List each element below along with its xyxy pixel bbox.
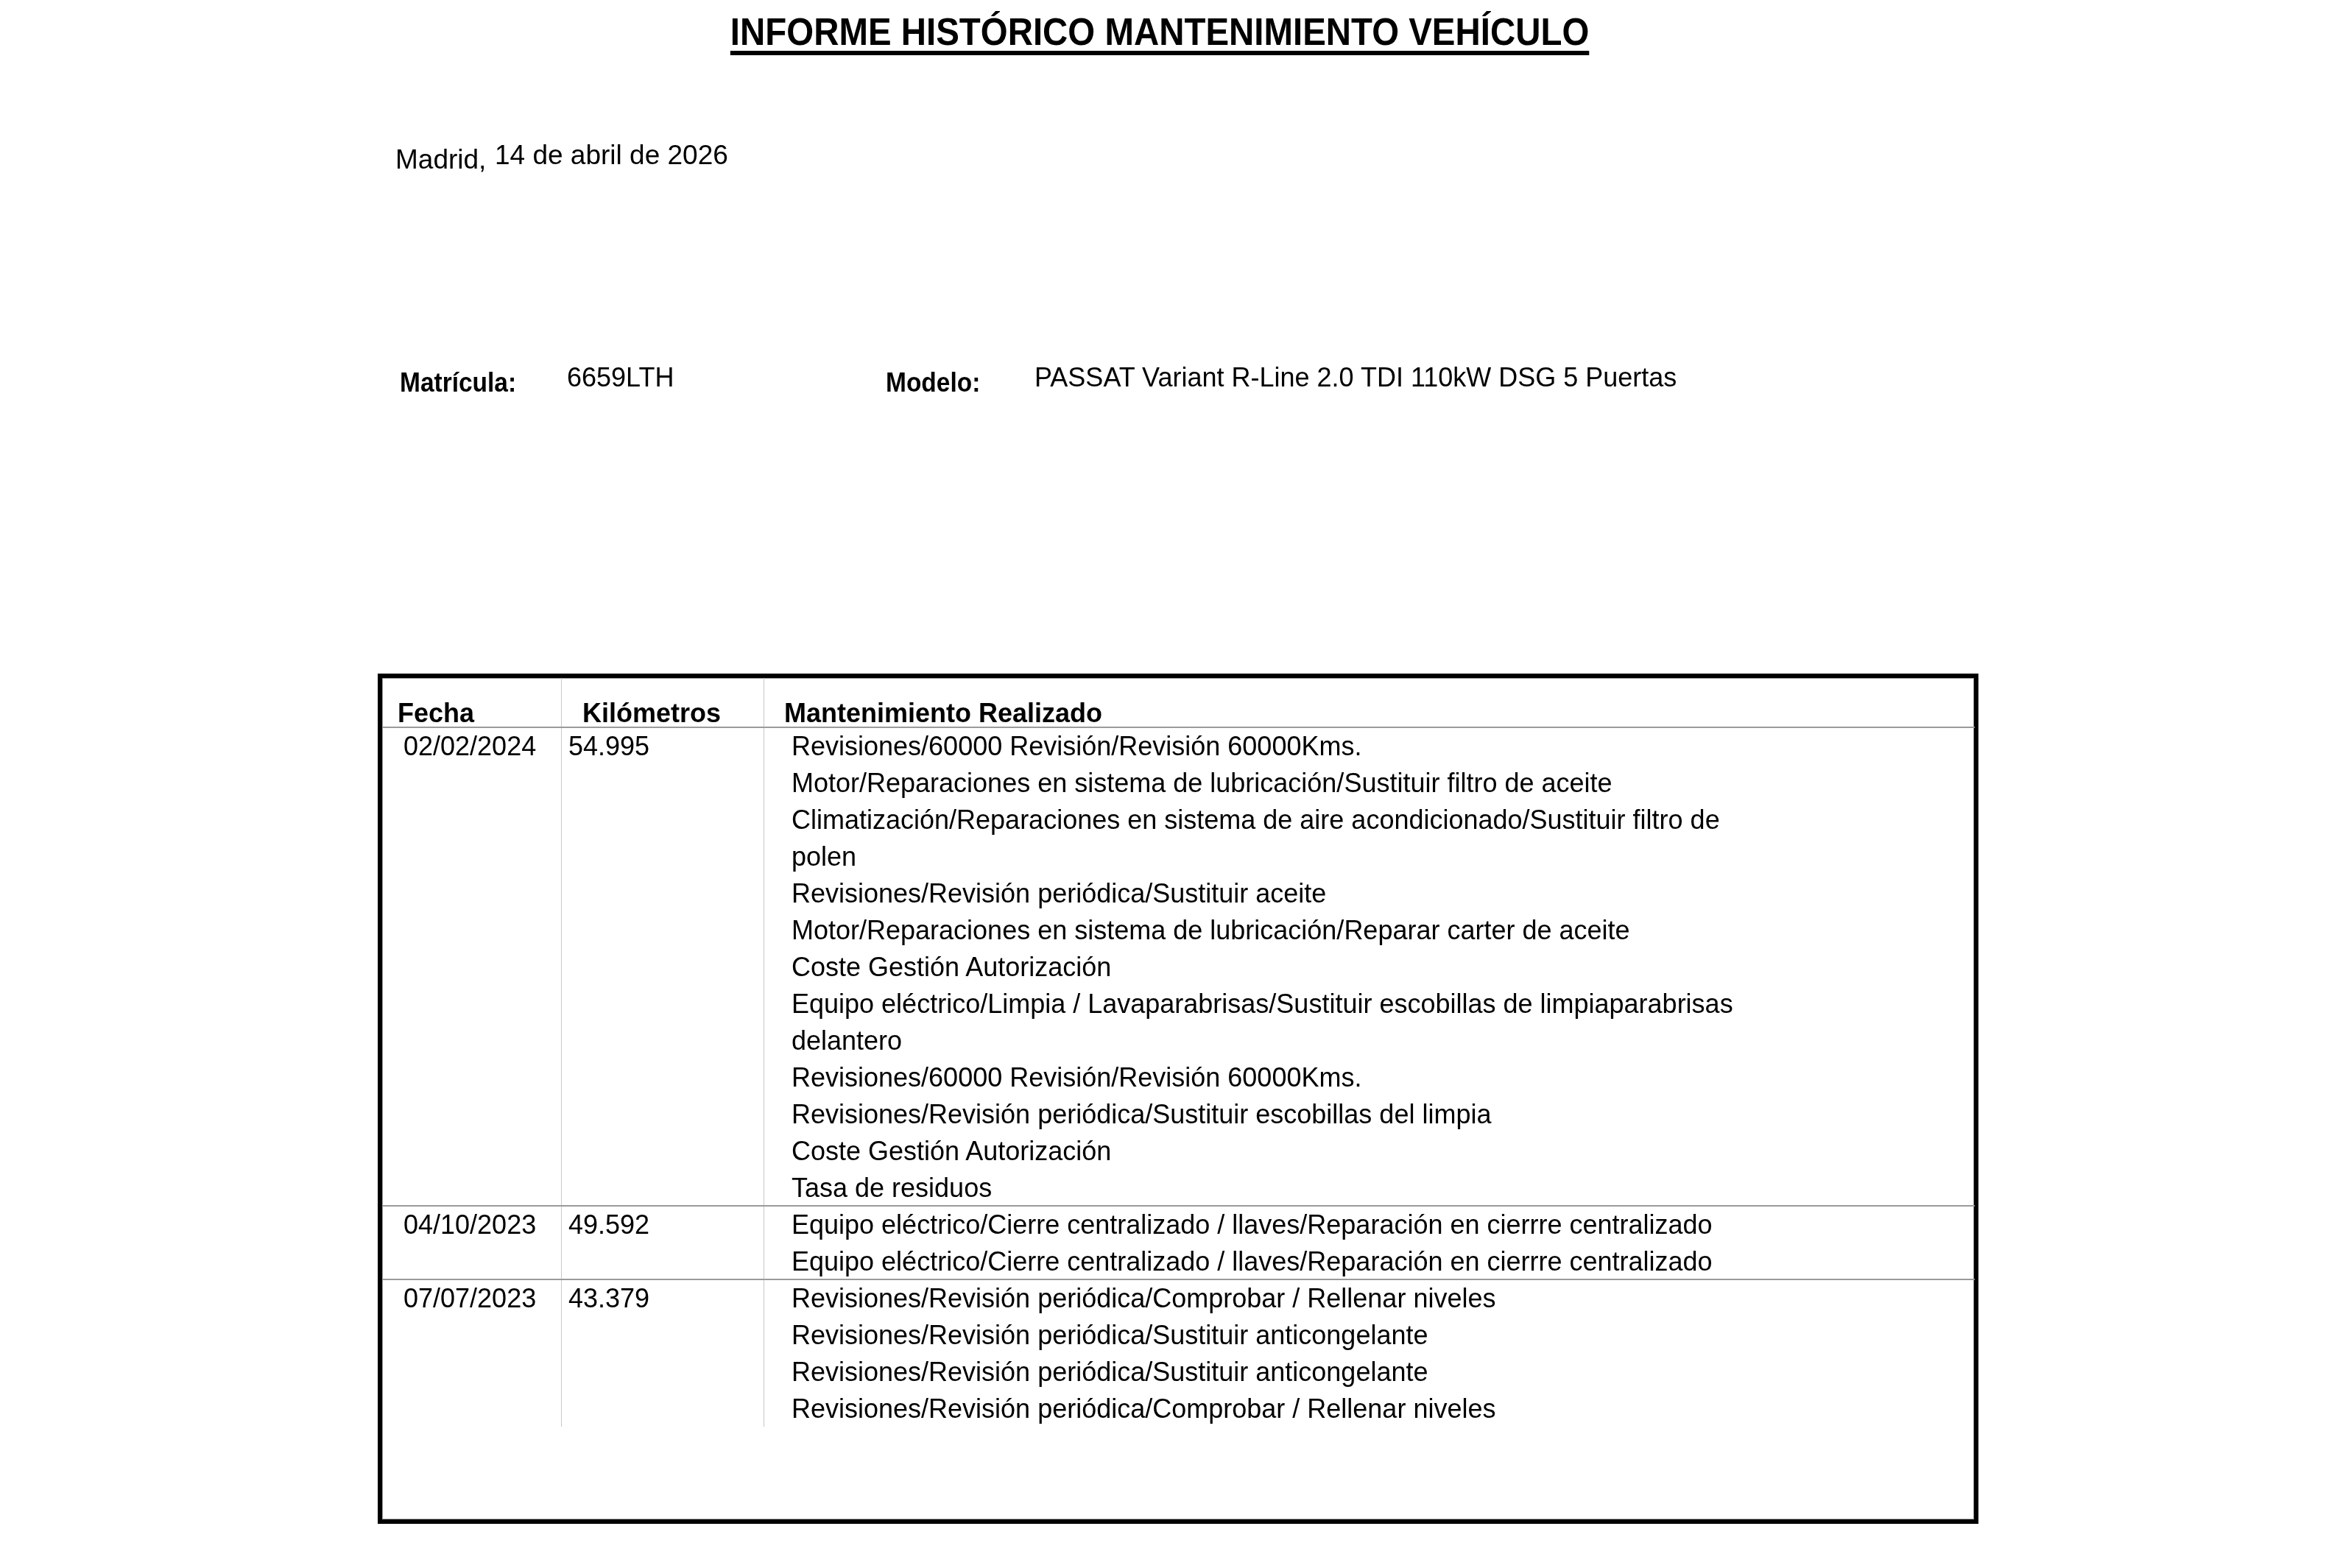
header-maintenance: Mantenimiento Realizado [784,695,1102,732]
maintenance-item: Revisiones/Revisión periódica/Comprobar … [792,1391,1495,1427]
place-label: Madrid, [395,144,486,175]
maintenance-item: Motor/Reparaciones en sistema de lubrica… [792,912,1733,949]
row-km: 54.995 [568,728,649,765]
report-title: INFORME HISTÓRICO MANTENIMIENTO VEHÍCULO [81,10,2238,54]
row-maintenance: Revisiones/60000 Revisión/Revisión 60000… [792,728,1733,1207]
maintenance-item: Climatización/Reparaciones en sistema de… [792,802,1733,838]
row-date: 04/10/2023 [403,1207,536,1243]
maintenance-item: Equipo eléctrico/Limpia / Lavaparabrisas… [792,986,1733,1023]
row-km: 43.379 [568,1280,649,1317]
row-date: 02/02/2024 [403,728,536,765]
maintenance-item: Tasa de residuos [792,1170,1733,1207]
model-value: PASSAT Variant R-Line 2.0 TDI 110kW DSG … [1034,362,1677,393]
maintenance-item: Motor/Reparaciones en sistema de lubrica… [792,765,1733,802]
maintenance-item: Revisiones/Revisión periódica/Sustituir … [792,1354,1495,1391]
report-date: 14 de abril de 2026 [495,140,728,171]
maintenance-item: Equipo eléctrico/Cierre centralizado / l… [792,1243,1713,1280]
column-divider [764,678,764,1427]
model-label: Modelo: [886,367,980,398]
maintenance-item: Revisiones/Revisión periódica/Sustituir … [792,1317,1495,1354]
maintenance-item: Coste Gestión Autorización [792,1133,1733,1170]
header-date: Fecha [398,695,474,732]
maintenance-item: Revisiones/Revisión periódica/Comprobar … [792,1280,1495,1317]
maintenance-item: polen [792,838,1733,875]
column-divider [561,678,562,1427]
maintenance-item: delantero [792,1023,1733,1059]
plate-value: 6659LTH [567,362,674,393]
maintenance-item: Revisiones/Revisión periódica/Sustituir … [792,875,1733,912]
maintenance-item: Coste Gestión Autorización [792,949,1733,986]
maintenance-item: Revisiones/Revisión periódica/Sustituir … [792,1096,1733,1133]
header-km: Kilómetros [582,695,721,732]
row-date: 07/07/2023 [403,1280,536,1317]
maintenance-item: Revisiones/60000 Revisión/Revisión 60000… [792,728,1733,765]
maintenance-item: Equipo eléctrico/Cierre centralizado / l… [792,1207,1713,1243]
row-km: 49.592 [568,1207,649,1243]
plate-label: Matrícula: [400,367,516,398]
maintenance-item: Revisiones/60000 Revisión/Revisión 60000… [792,1059,1733,1096]
row-maintenance: Revisiones/Revisión periódica/Comprobar … [792,1280,1495,1427]
row-maintenance: Equipo eléctrico/Cierre centralizado / l… [792,1207,1713,1280]
